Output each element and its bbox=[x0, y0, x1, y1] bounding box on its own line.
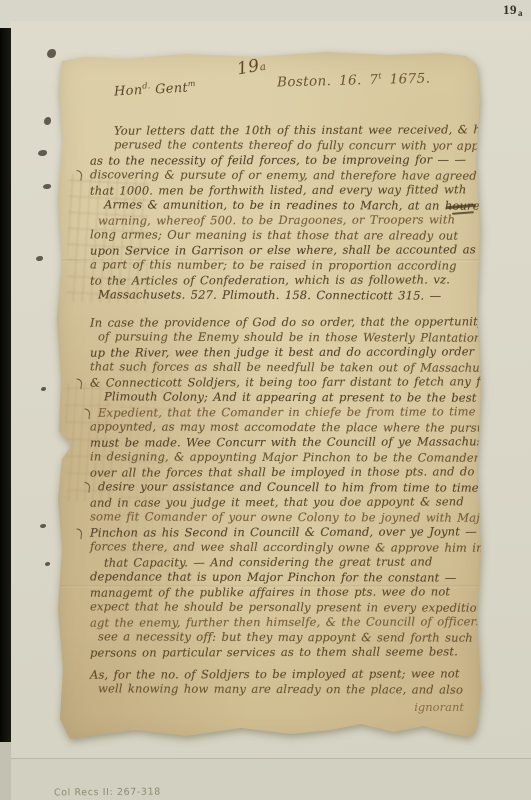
manuscript-line: of pursuing the Enemy should be in those… bbox=[98, 329, 472, 345]
manuscript-line: perused the contents thereof do fully co… bbox=[114, 137, 472, 153]
manuscript-line: in designing, & appoynting Major Pinchon… bbox=[90, 449, 472, 465]
manuscript-line: appoynted, as may most accomodate the pl… bbox=[90, 419, 472, 435]
manuscript-line: to the Articles of Confederation, which … bbox=[90, 272, 472, 288]
pencil-catalog-note: Col Recs II: 267-318 bbox=[54, 787, 161, 799]
manuscript-line: forces there, and wee shall accordingly … bbox=[90, 539, 472, 555]
dateline: Boston. 16. 7t 1675. bbox=[277, 70, 431, 91]
manuscript-line: expect that he should be personally pres… bbox=[90, 599, 472, 615]
manuscript-line: over all the forces that shall be imploy… bbox=[90, 464, 472, 480]
letter-body: Your letters datt the 10th of this insta… bbox=[90, 123, 472, 714]
manuscript-line: persons on particular services as to the… bbox=[90, 644, 472, 660]
manuscript-line: upon Service in Garrison or else where, … bbox=[90, 242, 472, 258]
printed-folio-number: 19a bbox=[503, 2, 522, 18]
letter-paragraph: In case the providence of God do so orde… bbox=[90, 315, 472, 660]
manuscript-photo: 19a 19a Boston. 16. 7t 1675. Hond. Gentm… bbox=[0, 0, 531, 800]
manuscript-line: Armes & amunition, to be in readines to … bbox=[104, 197, 472, 213]
manuscript-line: see a necessity off: but they may appoyn… bbox=[98, 629, 472, 645]
manuscript-line: agt the enemy, further then himselfe, & … bbox=[90, 614, 472, 630]
manuscript-line: In case the providence of God do so orde… bbox=[90, 314, 472, 330]
manuscript-line: Pinchon as his Second in Councill & Coma… bbox=[90, 524, 472, 540]
binding-edge-tail bbox=[0, 742, 11, 800]
paper-sheet: 19a Boston. 16. 7t 1675. Hond. Gentm You… bbox=[56, 49, 482, 743]
manuscript-paper: 19a Boston. 16. 7t 1675. Hond. Gentm You… bbox=[56, 49, 482, 743]
manuscript-line: warning, whereof 500. to be Dragoones, o… bbox=[98, 212, 472, 228]
manuscript-line: Plimouth Colony; And it appearing at pre… bbox=[104, 389, 472, 405]
manuscript-line: & Connecticott Soldjers, it being too fa… bbox=[90, 374, 472, 390]
manuscript-line: Expedient, that the Comander in chiefe b… bbox=[98, 404, 472, 420]
manuscript-line: Your letters datt the 10th of this insta… bbox=[114, 122, 472, 138]
manuscript-line: up the River, wee then judge it best and… bbox=[90, 344, 472, 360]
binding-edge bbox=[0, 28, 11, 742]
manuscript-line: managemt of the publike affaires in thos… bbox=[90, 584, 472, 600]
manuscript-line: long armes; Our meaning is that those th… bbox=[90, 227, 472, 243]
manuscript-line: must be made. Wee Concurr with the Counc… bbox=[90, 434, 472, 450]
manuscript-line: desire your assistance and Councell to h… bbox=[98, 479, 472, 495]
manuscript-line: that such forces as shall be needfull be… bbox=[90, 359, 472, 375]
manuscript-line: well knowing how many are already on the… bbox=[98, 681, 472, 697]
manuscript-line: discovering & pursute of or enemy, and t… bbox=[90, 167, 472, 183]
manuscript-line: As, for the no. of Soldjers to be imploy… bbox=[90, 666, 472, 682]
manuscript-line: that Capacity. — And considering the gre… bbox=[104, 554, 472, 570]
salutation: Hond. Gentm bbox=[114, 79, 197, 100]
letter-paragraph: Your letters datt the 10th of this insta… bbox=[90, 123, 472, 303]
letter-paragraph: As, for the no. of Soldjers to be imploy… bbox=[90, 667, 472, 697]
manuscript-line: dependance that is upon Major Pinchon fo… bbox=[90, 569, 472, 585]
manuscript-line: some fit Comander of your owne Colony to… bbox=[90, 509, 472, 525]
manuscript-line: and in case you judge it meet, that you … bbox=[90, 494, 472, 510]
folio-inscription: 19a bbox=[235, 55, 267, 80]
manuscript-line: Massachusets. 527. Plimouth. 158. Connec… bbox=[98, 287, 472, 303]
manuscript-line: as to the necessity of feild forces, to … bbox=[90, 152, 472, 168]
catchword: ignorant bbox=[90, 700, 472, 714]
manuscript-line: that 1000. men be forthwith listed, and … bbox=[90, 182, 472, 198]
manuscript-line: a part of this number; to be raised in p… bbox=[90, 257, 472, 273]
